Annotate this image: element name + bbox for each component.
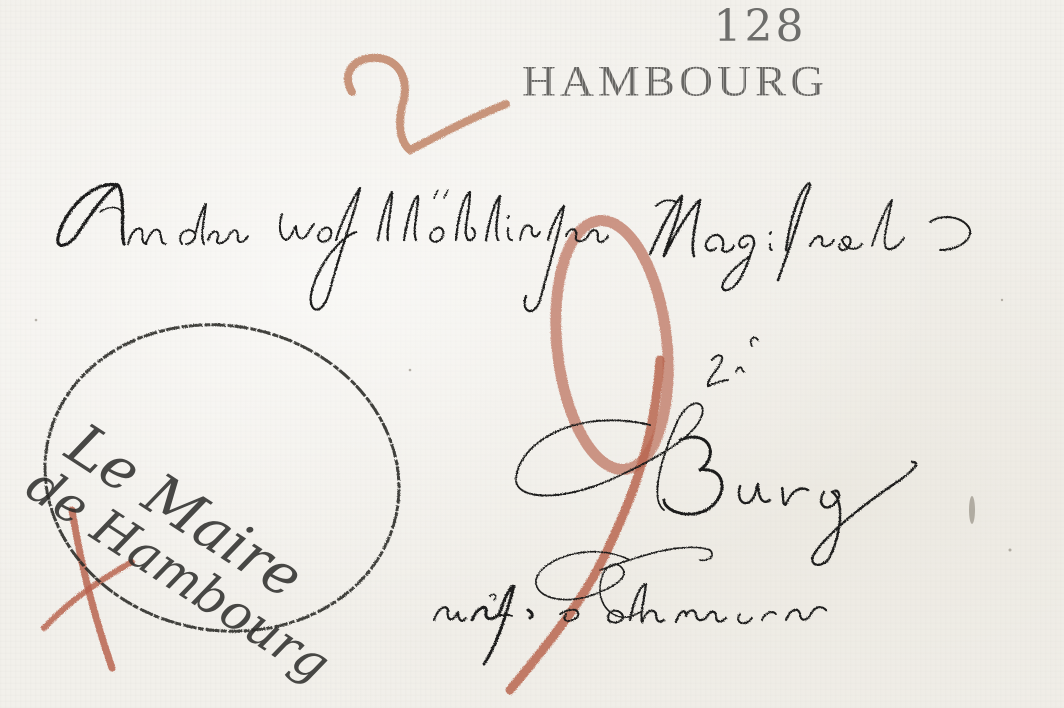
manuscript-artwork [0,0,1064,708]
address-line4-script [434,547,826,664]
letter-cover: 128 HAMBOURG [0,0,1064,708]
address-line1-script [58,183,970,311]
address-line2-script [708,338,758,386]
red-rate-mark-9 [510,215,680,690]
red-rate-mark-2 [348,58,506,150]
